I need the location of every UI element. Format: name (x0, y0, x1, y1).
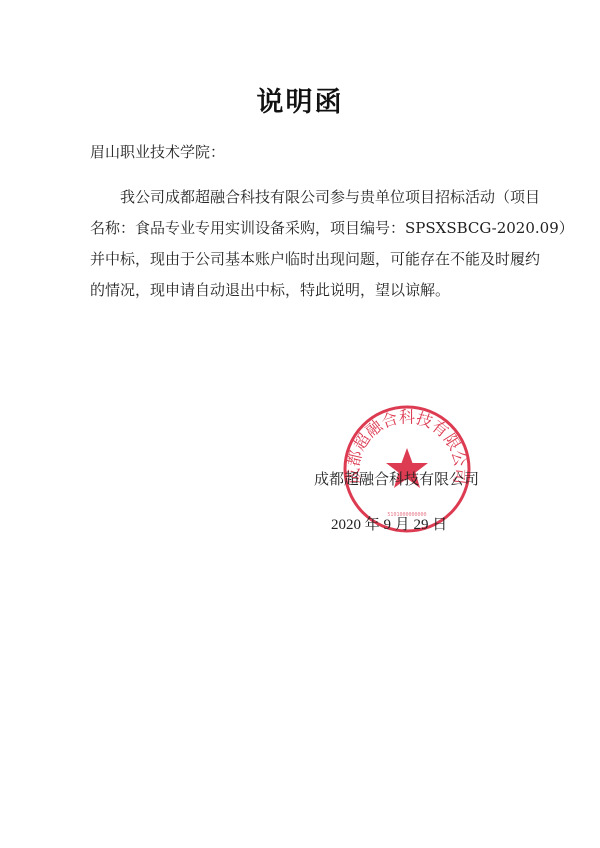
body-line: 并中标，现由于公司基本账户临时出现问题，可能存在不能及时履约 (90, 244, 510, 275)
salutation: 眉山职业技术学院： (90, 141, 225, 162)
body-line: 我公司成都超融合科技有限公司参与贵单位项目招标活动（项目 (90, 182, 510, 213)
body-paragraph: 我公司成都超融合科技有限公司参与贵单位项目招标活动（项目 名称：食品专业专用实训… (90, 182, 510, 306)
signature-date: 2020 年 9 月 29 日 (331, 513, 447, 534)
document-page: 说明函 眉山职业技术学院： 我公司成都超融合科技有限公司参与贵单位项目招标活动（… (0, 0, 600, 848)
document-title: 说明函 (0, 80, 600, 119)
body-line: 名称：食品专业专用实训设备采购，项目编号：SPSXSBCG-2020.09） (90, 213, 510, 244)
signature-company: 成都超融合科技有限公司 (314, 468, 479, 489)
body-line: 的情况，现申请自动退出中标，特此说明，望以谅解。 (90, 275, 510, 306)
